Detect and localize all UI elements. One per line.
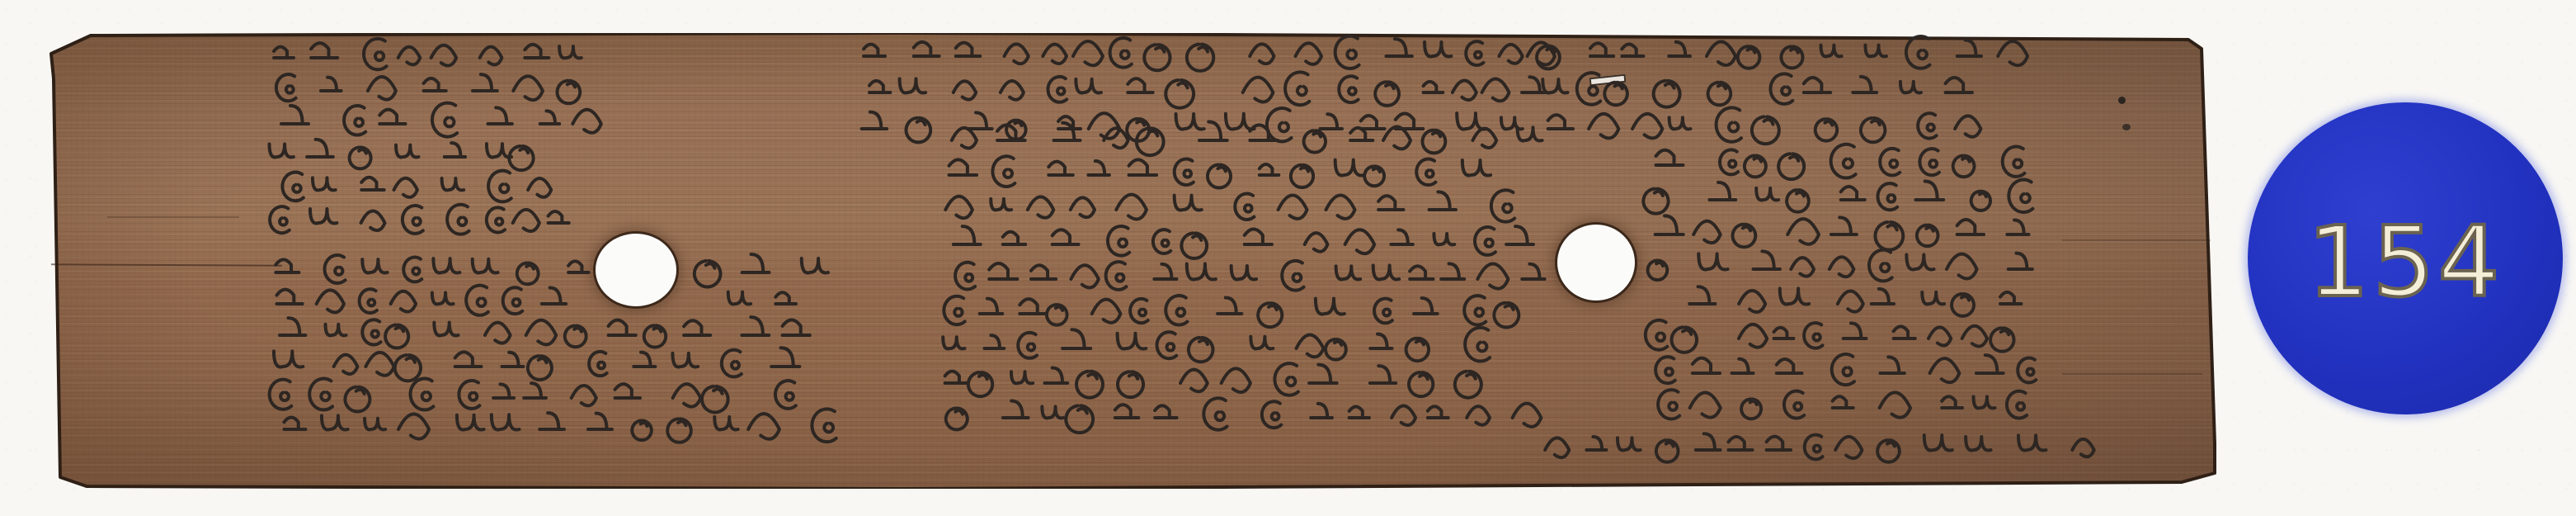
- handwritten-script: [0, 0, 2576, 516]
- right-text-block: [1537, 36, 2094, 462]
- left-text-block: [270, 39, 836, 443]
- catalog-number: 154: [2307, 205, 2503, 319]
- center-text-block: [862, 36, 1555, 433]
- catalog-number-disc: 154: [2248, 102, 2563, 414]
